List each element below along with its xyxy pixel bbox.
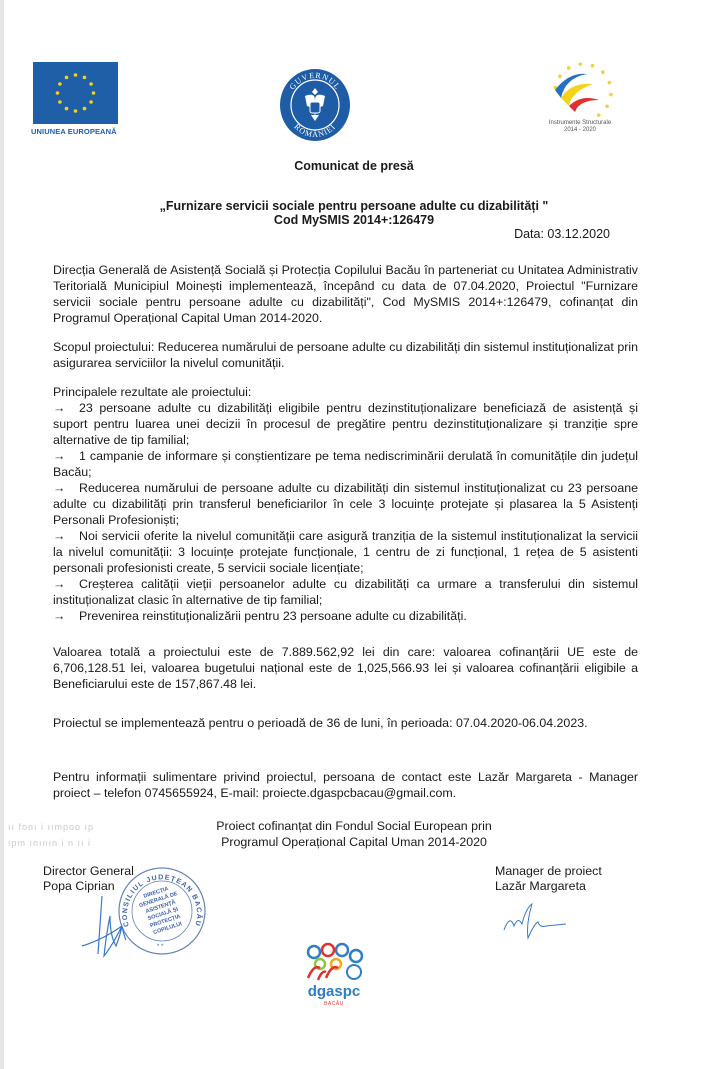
- result-text: Prevenirea reinstituționalizării pentru …: [79, 609, 467, 623]
- project-value-paragraph: Valoarea totală a proiectului este de 7.…: [53, 644, 638, 692]
- dgaspc-logo-subtext: BACĂU: [299, 1001, 369, 1007]
- result-text: Noi servicii oferite la nivelul comunită…: [53, 529, 638, 575]
- cofinancing-line1: Proiect cofinanțat din Fondul Social Eur…: [0, 818, 708, 834]
- scope-paragraph: Scopul proiectului: Reducerea numărului …: [53, 339, 638, 371]
- director-role: Director General: [43, 864, 134, 879]
- instrumente-structurale-logo: [547, 60, 615, 122]
- arrow-bullet-icon: →: [53, 608, 79, 624]
- manager-signature: [500, 900, 570, 940]
- result-item: →Reducerea numărului de persoane adulte …: [53, 480, 638, 528]
- project-period-paragraph: Proiectul se implementează pentru o peri…: [53, 715, 638, 731]
- result-text: Reducerea numărului de persoane adulte c…: [53, 481, 638, 527]
- result-item: →Noi servicii oferite la nivelul comunit…: [53, 528, 638, 576]
- arrow-bullet-icon: →: [53, 400, 79, 416]
- project-name: „Furnizare servicii sociale pentru perso…: [0, 199, 708, 213]
- page-title: Comunicat de presă: [0, 159, 708, 173]
- project-code: Cod MySMIS 2014+:126479: [0, 213, 708, 227]
- cofinancing-note: Proiect cofinanțat din Fondul Social Eur…: [0, 818, 708, 850]
- romanian-government-logo: GUVERNUL ROMÂNIEI: [279, 68, 351, 142]
- is-label-line1: Instrumente Structurale: [538, 120, 622, 127]
- contact-paragraph: Pentru informații sulimentare privind pr…: [53, 769, 638, 801]
- result-item: →1 campanie de informare și conștientiza…: [53, 448, 638, 480]
- director-name: Popa Ciprian: [43, 879, 134, 894]
- svg-text:* *: * *: [157, 944, 164, 950]
- eu-label: UNIUNEA EUROPEANĂ: [31, 127, 117, 136]
- results-list: →23 persoane adulte cu dizabilități elig…: [53, 400, 638, 624]
- eu-flag-logo: [33, 62, 118, 124]
- director-signature: [72, 886, 144, 960]
- result-text: 1 campanie de informare și conștientizar…: [53, 449, 638, 479]
- results-section: Principalele rezultate ale proiectului: …: [53, 384, 638, 624]
- result-text: Creșterea calității vieții persoanelor a…: [53, 577, 638, 607]
- arrow-bullet-icon: →: [53, 448, 79, 464]
- manager-name: Lazăr Margareta: [495, 879, 602, 894]
- result-item: →Prevenirea reinstituționalizării pentru…: [53, 608, 638, 624]
- intro-paragraph: Direcția Generală de Asistență Socială ș…: [53, 262, 638, 326]
- results-heading: Principalele rezultate ale proiectului:: [53, 384, 638, 400]
- result-item: →Creșterea calității vieții persoanelor …: [53, 576, 638, 608]
- arrow-bullet-icon: →: [53, 528, 79, 544]
- instrumente-structurale-label: Instrumente Structurale 2014 - 2020: [538, 120, 622, 134]
- eu-stars-icon: [33, 62, 118, 124]
- manager-role: Manager de proiect: [495, 864, 602, 879]
- cofinancing-line2: Programul Operațional Capital Uman 2014-…: [0, 834, 708, 850]
- arrow-bullet-icon: →: [53, 576, 79, 592]
- project-heading: „Furnizare servicii sociale pentru perso…: [0, 199, 708, 227]
- result-text: 23 persoane adulte cu dizabilități eligi…: [53, 401, 638, 447]
- is-label-line2: 2014 - 2020: [538, 127, 622, 134]
- manager-signature-block: Manager de proiect Lazăr Margareta: [495, 864, 602, 894]
- dgaspc-logo-text: dgaspc: [299, 983, 369, 1000]
- document-date: Data: 03.12.2020: [514, 227, 610, 241]
- result-item: →23 persoane adulte cu dizabilități elig…: [53, 400, 638, 448]
- director-signature-block: Director General Popa Ciprian: [43, 864, 134, 894]
- arrow-bullet-icon: →: [53, 480, 79, 496]
